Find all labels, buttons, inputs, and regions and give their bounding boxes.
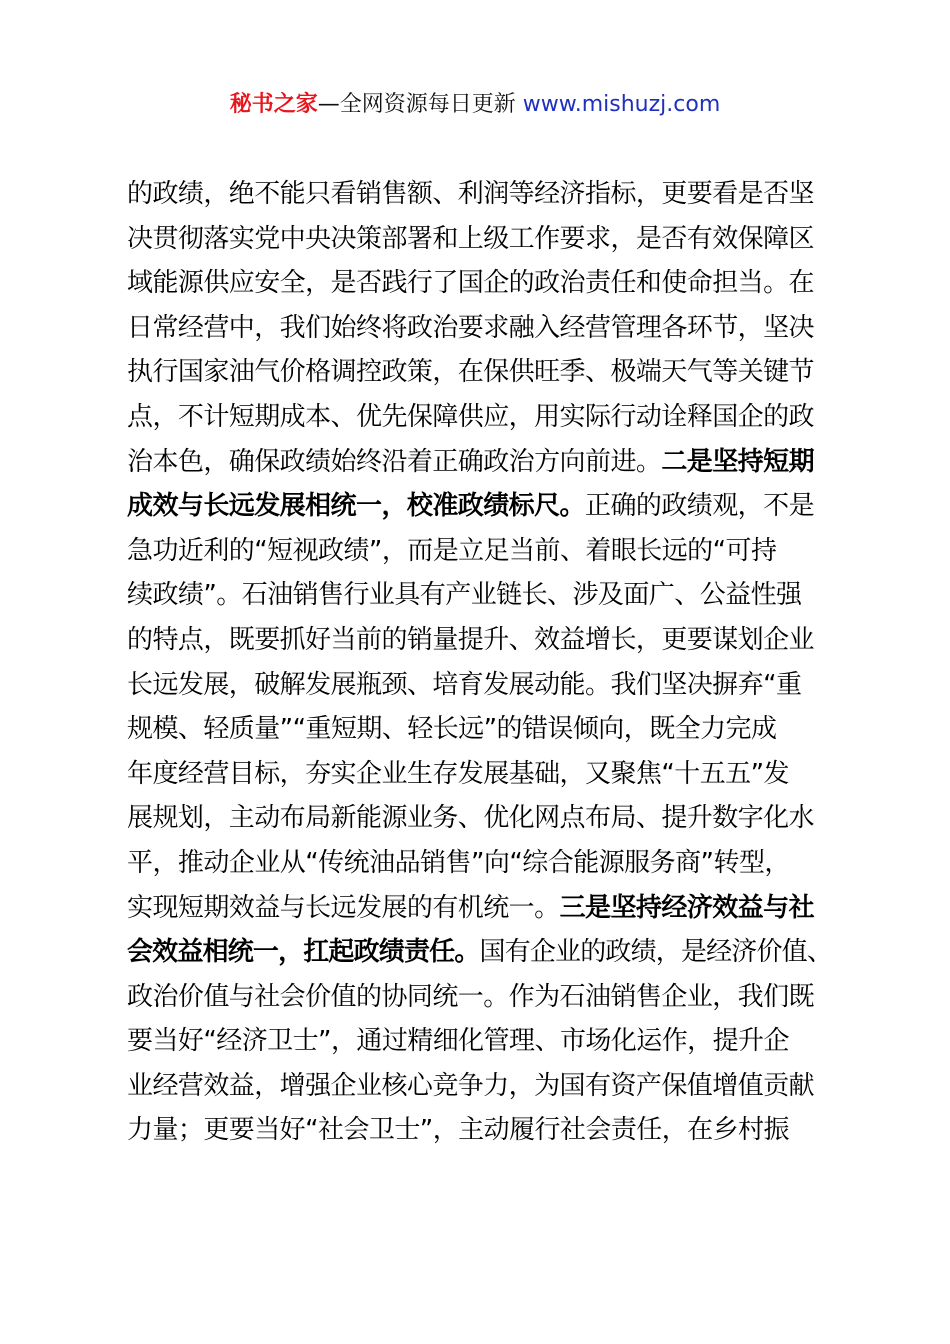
brand-name: 秘书之家 xyxy=(230,92,318,117)
line-bold-heading: 会效益相统一，扛起政绩责任。 xyxy=(127,937,480,967)
line-text: 治本色，确保政绩始终沿着正确政治方向前进。 xyxy=(127,447,661,477)
text-line: 展规划，主动布局新能源业务、优化网点布局、提升数字化水 xyxy=(127,796,847,841)
text-line: 会效益相统一，扛起政绩责任。国有企业的政绩，是经济价值、 xyxy=(127,930,847,975)
line-text: 点，不计短期成本、优先保障供应，用实际行动诠释国企的政 xyxy=(127,402,814,432)
line-text: 展规划，主动布局新能源业务、优化网点布局、提升数字化水 xyxy=(127,803,814,833)
line-text: 域能源供应安全，是否践行了国企的政治责任和使命担当。在 xyxy=(127,268,814,298)
line-bold-heading: 二是坚持短期 xyxy=(661,447,814,477)
text-line: 平，推动企业从“传统油品销售”向“综合能源服务商”转型， xyxy=(127,841,847,886)
text-line: 的政绩，绝不能只看销售额、利润等经济指标，更要看是否坚 xyxy=(127,172,847,217)
line-text: 急功近利的“短视政绩”，而是立足当前、着眼长远的“可持 xyxy=(127,536,776,566)
text-line: 日常经营中，我们始终将政治要求融入经营管理各环节，坚决 xyxy=(127,306,847,351)
text-line: 续政绩”。石油销售行业具有产业链长、涉及面广、公益性强 xyxy=(127,573,847,618)
text-line: 业经营效益，增强企业核心竞争力，为国有资产保值增值贡献 xyxy=(127,1064,847,1109)
line-text: 长远发展，破解发展瓶颈、培育发展动能。我们坚决摒弃“重 xyxy=(127,670,801,700)
line-text: 续政绩”。石油销售行业具有产业链长、涉及面广、公益性强 xyxy=(127,580,801,610)
text-line: 域能源供应安全，是否践行了国企的政治责任和使命担当。在 xyxy=(127,261,847,306)
line-text: 政治价值与社会价值的协同统一。作为石油销售企业，我们既 xyxy=(127,982,814,1012)
text-line: 治本色，确保政绩始终沿着正确政治方向前进。二是坚持短期 xyxy=(127,440,847,485)
text-line: 要当好“经济卫士”，通过精细化管理、市场化运作，提升企 xyxy=(127,1019,847,1064)
document-body: 的政绩，绝不能只看销售额、利润等经济指标，更要看是否坚决贯彻落实党中央决策部署和… xyxy=(127,172,847,1153)
text-line: 政治价值与社会价值的协同统一。作为石油销售企业，我们既 xyxy=(127,975,847,1020)
line-text: 的政绩，绝不能只看销售额、利润等经济指标，更要看是否坚 xyxy=(127,179,814,209)
line-text: 执行国家油气价格调控政策，在保供旺季、极端天气等关键节 xyxy=(127,357,814,387)
line-text: 平，推动企业从“传统油品销售”向“综合能源服务商”转型， xyxy=(127,848,790,878)
line-text: 实现短期效益与长远发展的有机统一。 xyxy=(127,893,560,923)
site-url-link[interactable]: www.mishuzj.com xyxy=(523,92,720,117)
line-bold-heading: 成效与长远发展相统一，校准政绩标尺。 xyxy=(127,491,585,521)
line-text: 的特点，既要抓好当前的销量提升、效益增长，更要谋划企业 xyxy=(127,625,814,655)
line-text: 力量；更要当好“社会卫士”，主动履行社会责任，在乡村振 xyxy=(127,1115,789,1145)
text-line: 成效与长远发展相统一，校准政绩标尺。正确的政绩观，不是 xyxy=(127,484,847,529)
line-text: 业经营效益，增强企业核心竞争力，为国有资产保值增值贡献 xyxy=(127,1071,814,1101)
text-line: 点，不计短期成本、优先保障供应，用实际行动诠释国企的政 xyxy=(127,395,847,440)
text-line: 年度经营目标，夯实企业生存发展基础，又聚焦“十五五”发 xyxy=(127,752,847,797)
banner-tagline: —全网资源每日更新 xyxy=(318,92,523,117)
text-line: 长远发展，破解发展瓶颈、培育发展动能。我们坚决摒弃“重 xyxy=(127,663,847,708)
line-text: 决贯彻落实党中央决策部署和上级工作要求，是否有效保障区 xyxy=(127,224,814,254)
line-text: 日常经营中，我们始终将政治要求融入经营管理各环节，坚决 xyxy=(127,313,814,343)
line-text: 正确的政绩观，不是 xyxy=(585,491,814,521)
text-line: 决贯彻落实党中央决策部署和上级工作要求，是否有效保障区 xyxy=(127,217,847,262)
text-line: 急功近利的“短视政绩”，而是立足当前、着眼长远的“可持 xyxy=(127,529,847,574)
text-line: 实现短期效益与长远发展的有机统一。三是坚持经济效益与社 xyxy=(127,886,847,931)
text-line: 规模、轻质量”“重短期、轻长远”的错误倾向，既全力完成 xyxy=(127,707,847,752)
text-line: 的特点，既要抓好当前的销量提升、效益增长，更要谋划企业 xyxy=(127,618,847,663)
line-bold-heading: 三是坚持经济效益与社 xyxy=(560,893,814,923)
line-text: 规模、轻质量”“重短期、轻长远”的错误倾向，既全力完成 xyxy=(127,714,776,744)
line-text: 要当好“经济卫士”，通过精细化管理、市场化运作，提升企 xyxy=(127,1026,789,1056)
line-text: 年度经营目标，夯实企业生存发展基础，又聚焦“十五五”发 xyxy=(127,759,789,789)
site-banner: 秘书之家—全网资源每日更新 www.mishuzj.com xyxy=(0,88,950,122)
text-line: 力量；更要当好“社会卫士”，主动履行社会责任，在乡村振 xyxy=(127,1108,847,1153)
line-text: 国有企业的政绩，是经济价值、 xyxy=(480,937,833,967)
text-line: 执行国家油气价格调控政策，在保供旺季、极端天气等关键节 xyxy=(127,350,847,395)
